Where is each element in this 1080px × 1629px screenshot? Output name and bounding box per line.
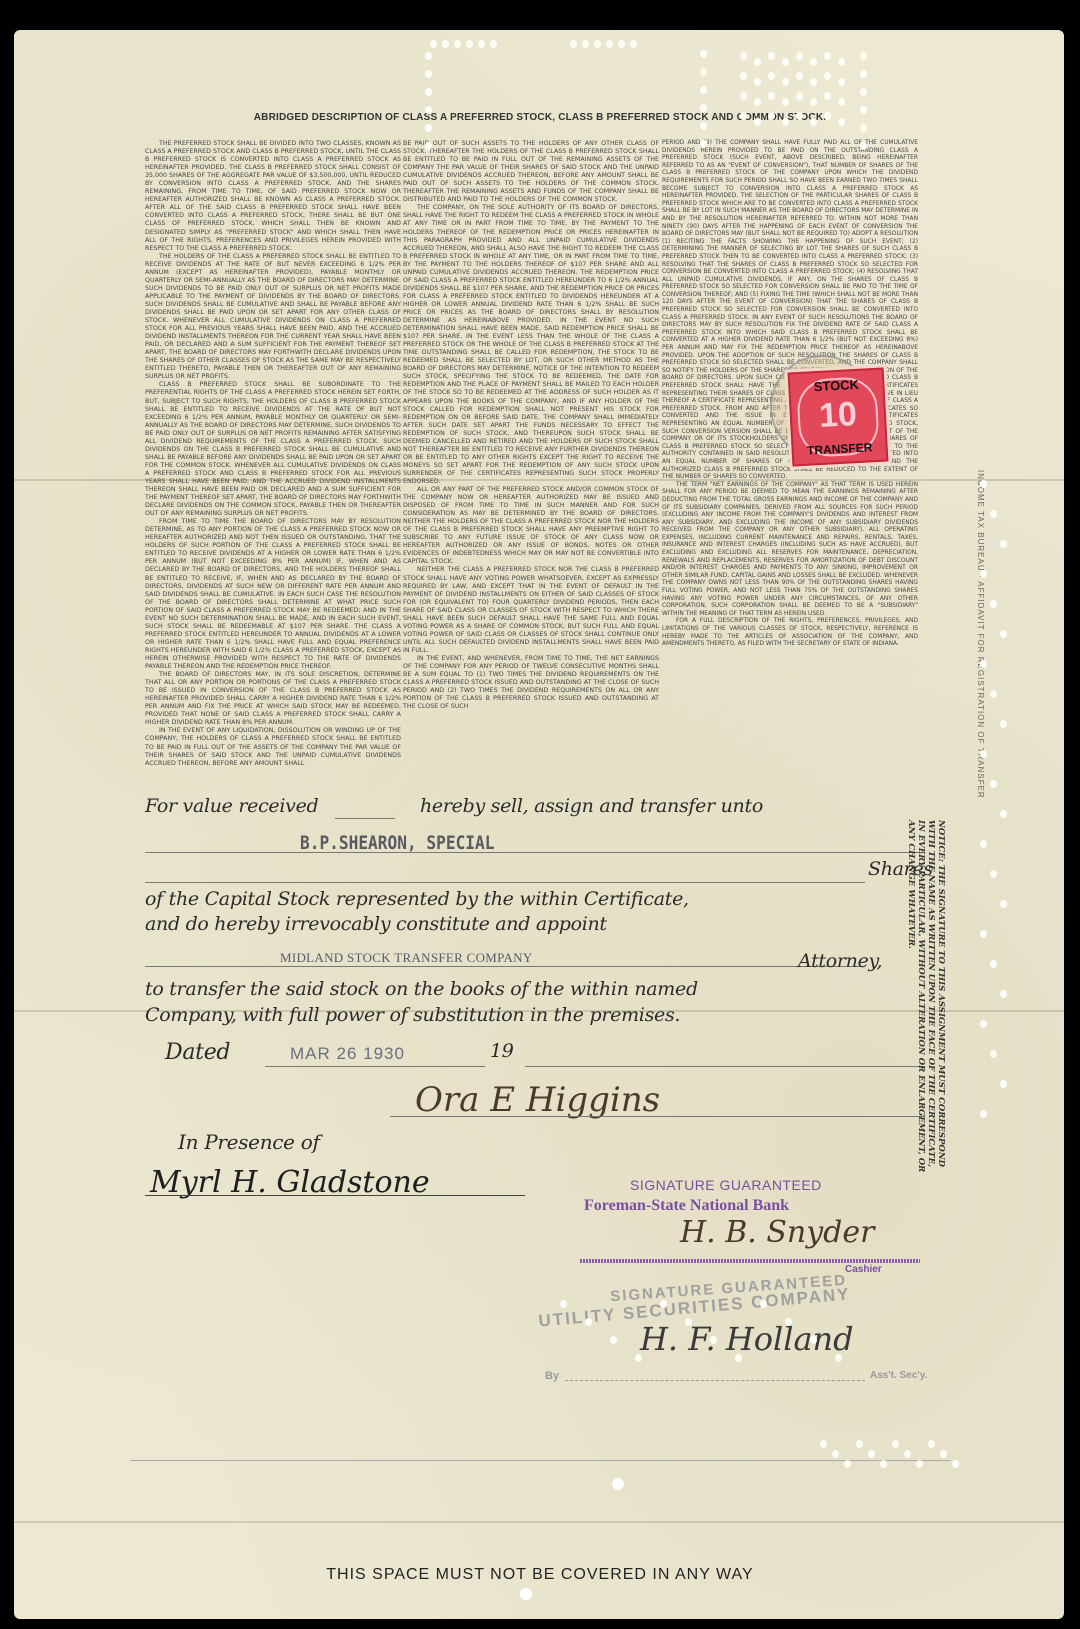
attorney-label: Attorney, bbox=[798, 950, 882, 972]
date-stamp[interactable]: MAR 26 1930 bbox=[290, 1044, 405, 1064]
paragraph: From time to time the Board of Directors… bbox=[145, 518, 401, 671]
date-line bbox=[265, 1066, 485, 1067]
bank-officer-role: Cashier bbox=[845, 1264, 882, 1275]
paragraph: Neither the Class A Preferred Stock nor … bbox=[403, 566, 659, 655]
paragraph: In the event, and whenever, from time to… bbox=[403, 655, 659, 711]
paragraph: The Company, on the sole authority of it… bbox=[403, 204, 659, 486]
signature-notice: NOTICE: THE SIGNATURE TO THIS ASSIGNMENT… bbox=[906, 820, 946, 1180]
capital-stock-text: of the Capital Stock represented by the … bbox=[145, 888, 689, 910]
assignee-name[interactable]: B.P.SHEARON, SPECIAL bbox=[300, 832, 494, 854]
paragraph: be paid out of such assets to the holder… bbox=[403, 140, 659, 204]
paragraph: The holders of the Class A Preferred Sto… bbox=[145, 253, 401, 382]
year-prefix: 19 bbox=[490, 1040, 514, 1062]
company-text: Company, with full power of substitution… bbox=[145, 1004, 680, 1026]
bank-signature-line bbox=[580, 1259, 920, 1263]
by-label: By bbox=[545, 1370, 559, 1382]
securities-officer-role: Ass't. Sec'y. bbox=[870, 1370, 927, 1381]
paragraph: For a full description of the rights, pr… bbox=[662, 618, 918, 648]
legal-text-column-2: be paid out of such assets to the holder… bbox=[403, 140, 659, 711]
legal-text-column-1: The preferred stock shall be divided int… bbox=[145, 140, 401, 768]
footer-warning: THIS SPACE MUST NOT BE COVERED IN ANY WA… bbox=[0, 1566, 1080, 1584]
paragraph: All or any part of the Preferred Stock a… bbox=[403, 486, 659, 566]
paragraph: In the event of any liquidation, dissolu… bbox=[145, 727, 401, 767]
blank-line bbox=[335, 818, 395, 819]
bank-name: Foreman-State National Bank bbox=[584, 1197, 789, 1215]
witness-line bbox=[145, 1195, 525, 1196]
punch-hole bbox=[520, 1588, 532, 1600]
shares-line bbox=[145, 882, 865, 883]
paragraph: The term "net earnings of the Company" a… bbox=[662, 482, 918, 619]
stock-transfer-tax-stamp: STOCK 10 TRANSFER bbox=[788, 368, 889, 467]
in-presence-label: In Presence of bbox=[178, 1130, 320, 1154]
paragraph: Class B Preferred Stock shall be subordi… bbox=[145, 381, 401, 518]
for-value-received-label: For value received bbox=[145, 795, 318, 817]
notice-text: THE SIGNATURE TO THIS ASSIGNMENT MUST CO… bbox=[906, 820, 946, 1172]
dated-label: Dated bbox=[165, 1040, 230, 1065]
securities-signature-line bbox=[565, 1380, 865, 1381]
punch-hole bbox=[612, 1478, 624, 1490]
attorney-name[interactable]: MIDLAND STOCK TRANSFER COMPANY bbox=[280, 950, 533, 966]
bank-officer-signature[interactable]: H. B. Snyder bbox=[680, 1215, 874, 1250]
paragraph: The preferred stock shall be divided int… bbox=[145, 140, 401, 253]
transfer-text: to transfer the said stock on the books … bbox=[145, 978, 698, 1000]
sell-assign-label: hereby sell, assign and transfer unto bbox=[420, 795, 763, 817]
footer-divider bbox=[130, 1460, 950, 1461]
assignee-line bbox=[145, 852, 925, 853]
paragraph: The Board of Directors may, in its sole … bbox=[145, 671, 401, 727]
bank-guarantee-title: SIGNATURE GUARANTEED bbox=[630, 1177, 822, 1193]
appoint-text: and do hereby irrevocably constitute and… bbox=[145, 913, 607, 935]
owner-signature-line bbox=[390, 1116, 925, 1117]
stamp-value: 10 bbox=[791, 394, 885, 438]
description-heading: ABRIDGED DESCRIPTION OF CLASS A PREFERRE… bbox=[120, 112, 960, 123]
attorney-line bbox=[145, 966, 865, 967]
fold-line bbox=[14, 1521, 1064, 1523]
securities-officer-signature[interactable]: H. F. Holland bbox=[640, 1320, 854, 1358]
date-line-end bbox=[525, 1066, 925, 1067]
owner-signature[interactable]: Ora E Higgins bbox=[415, 1080, 660, 1120]
notice-label: NOTICE: bbox=[936, 820, 946, 862]
